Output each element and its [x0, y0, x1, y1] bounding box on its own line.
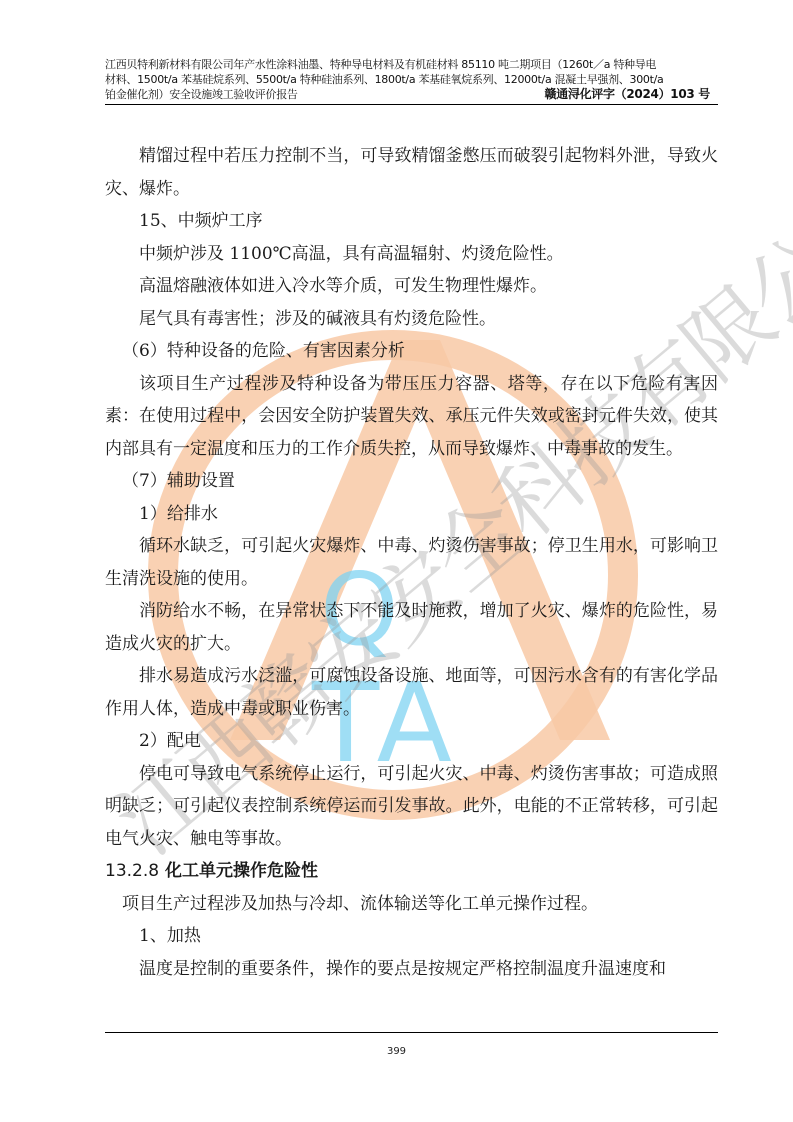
header-title-line-3: 铂金催化剂）安全设施竣工验收评价报告 — [105, 87, 298, 102]
header-title-line-3-row: 铂金催化剂）安全设施竣工验收评价报告 赣通浔化评字（2024）103 号 — [105, 87, 718, 102]
subheading-6: （6）特种设备的危险、有害因素分析 — [105, 335, 718, 368]
paragraph: 精馏过程中若压力控制不当，可导致精馏釜憋压而破裂引起物料外泄，导致火灾、爆炸。 — [105, 140, 718, 205]
paragraph: 消防给水不畅，在异常状态下不能及时施救，增加了火灾、爆炸的危险性，易造成火灾的扩… — [105, 595, 718, 660]
paragraph: 该项目生产过程涉及特种设备为带压压力容器、塔等，存在以下危险有害因素：在使用过程… — [105, 368, 718, 466]
section-heading: 13.2.8 化工单元操作危险性 — [105, 855, 718, 888]
document-page: 江西贝特利新材料有限公司年产水性涂料油墨、特种导电材料及有机硅材料 85110 … — [0, 0, 793, 1122]
header-title-line-1: 江西贝特利新材料有限公司年产水性涂料油墨、特种导电材料及有机硅材料 85110 … — [105, 57, 718, 72]
section-title: 化工单元操作危险性 — [165, 861, 318, 881]
subheading-water: 1）给排水 — [105, 498, 718, 531]
header-divider — [105, 104, 718, 105]
page-number: 399 — [0, 1046, 793, 1057]
paragraph: 停电可导致电气系统停止运行，可引起火灾、中毒、灼烫伤害事故；可造成照明缺乏；可引… — [105, 758, 718, 856]
paragraph: 循环水缺乏，可引起火灾爆炸、中毒、灼烫伤害事故；停卫生用水，可影响卫生清洗设施的… — [105, 530, 718, 595]
section-number: 13.2.8 — [105, 861, 159, 881]
paragraph: 尾气具有毒害性；涉及的碱液具有灼烫危险性。 — [105, 303, 718, 336]
paragraph: 排水易造成污水泛滥，可腐蚀设备设施、地面等，可因污水含有的有害化学品作用人体，造… — [105, 660, 718, 725]
paragraph: 项目生产过程涉及加热与冷却、流体输送等化工单元操作过程。 — [105, 888, 718, 921]
subheading-7: （7）辅助设置 — [105, 465, 718, 498]
subheading-item-15: 15、中频炉工序 — [105, 205, 718, 238]
header-title-line-2: 材料、1500t/a 苯基硅烷系列、5500t/a 特种硅油系列、1800t/a… — [105, 72, 718, 87]
page-header: 江西贝特利新材料有限公司年产水性涂料油墨、特种导电材料及有机硅材料 85110 … — [105, 57, 718, 102]
document-body: 精馏过程中若压力控制不当，可导致精馏釜憋压而破裂引起物料外泄，导致火灾、爆炸。 … — [105, 140, 718, 985]
paragraph: 高温熔融液体如进入冷水等介质，可发生物理性爆炸。 — [105, 270, 718, 303]
footer-divider — [105, 1032, 718, 1033]
document-number: 赣通浔化评字（2024）103 号 — [544, 87, 718, 102]
paragraph: 温度是控制的重要条件，操作的要点是按规定严格控制温度升温速度和 — [105, 953, 718, 986]
subheading-heating: 1、加热 — [105, 920, 718, 953]
subheading-power: 2）配电 — [105, 725, 718, 758]
paragraph: 中频炉涉及 1100℃高温，具有高温辐射、灼烫危险性。 — [105, 238, 718, 271]
